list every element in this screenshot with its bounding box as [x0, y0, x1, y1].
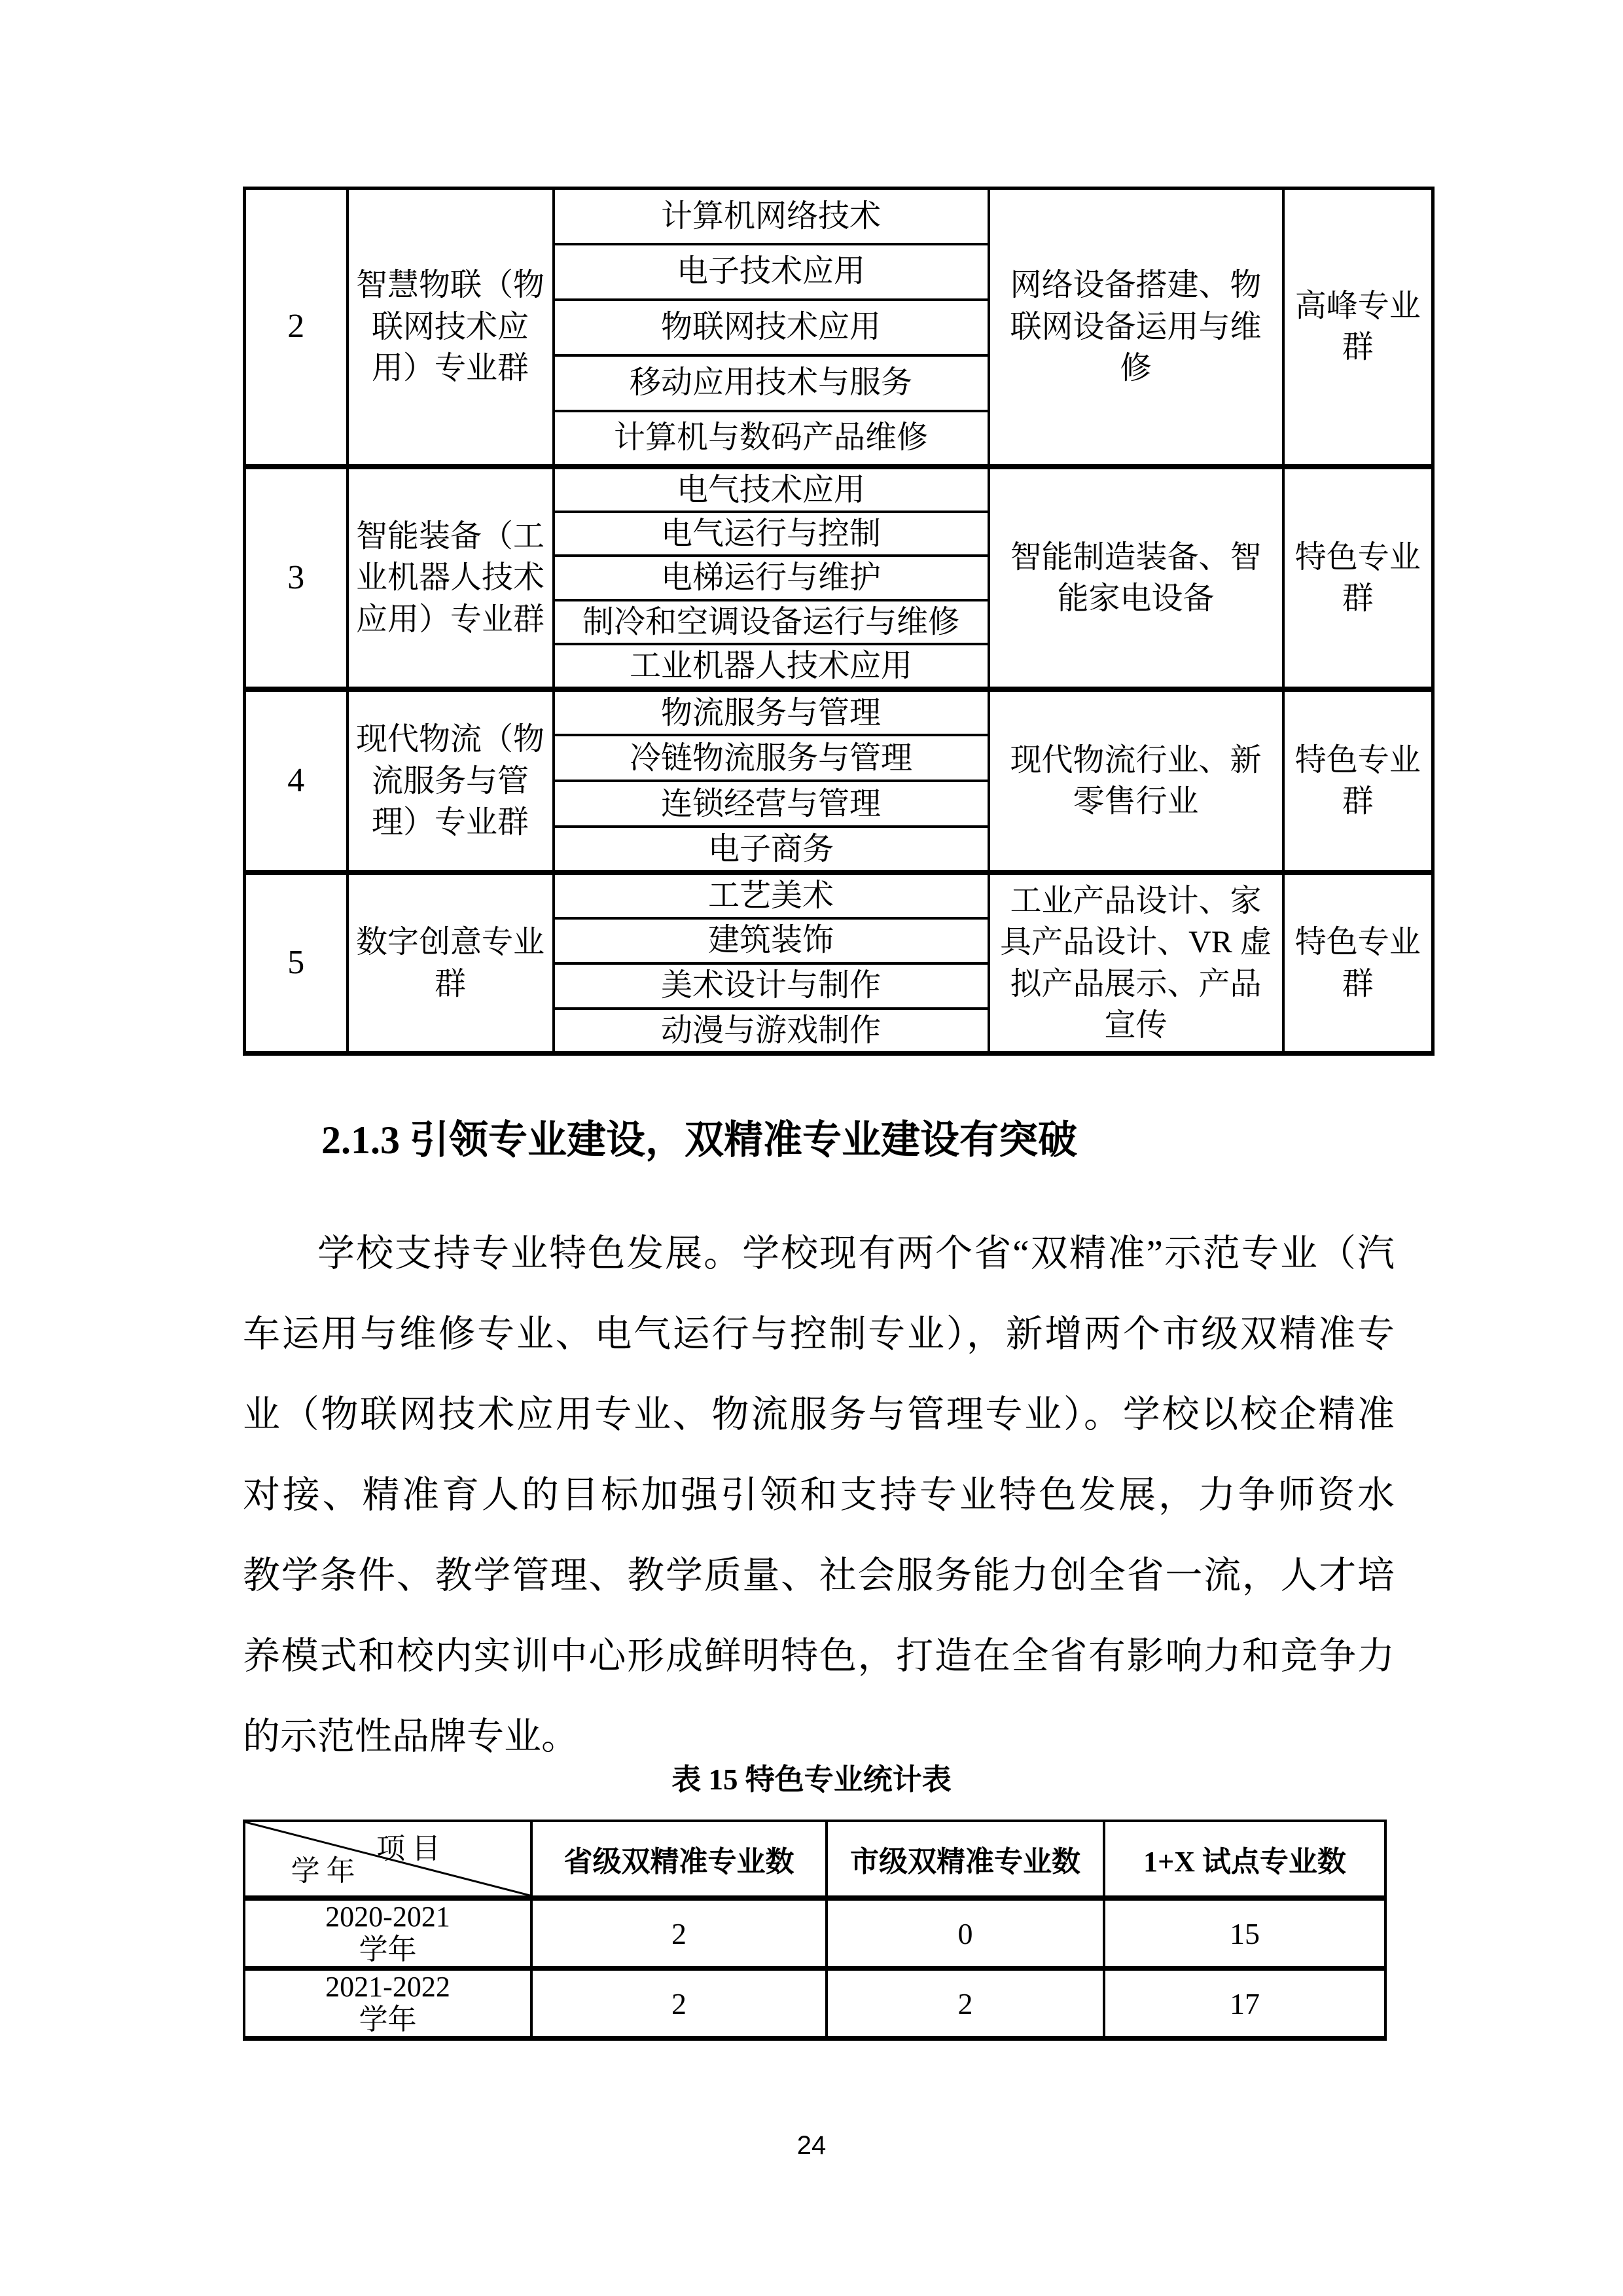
- major-cell: 动漫与游戏制作: [554, 1009, 989, 1054]
- major-cell: 工业机器人技术应用: [554, 644, 989, 689]
- industry-cell: 现代物流行业、新零售行业: [989, 689, 1283, 872]
- value-cell: 0: [827, 1898, 1104, 1969]
- table-row: 5 数字创意专业群 工艺美术 工业产品设计、家具产品设计、VR 虚拟产品展示、产…: [245, 872, 1433, 918]
- column-header: 1+X 试点专业数: [1104, 1821, 1385, 1898]
- major-cell: 电子商务: [554, 827, 989, 872]
- group-type-cell: 特色专业群: [1283, 689, 1433, 872]
- major-cell: 电气运行与控制: [554, 512, 989, 556]
- year-label: 学年: [245, 2003, 530, 2036]
- year-range: 2021-2022: [245, 1971, 530, 2003]
- major-cell: 美术设计与制作: [554, 963, 989, 1009]
- featured-majors-stats-table: 项目 学年 省级双精准专业数 市级双精准专业数 1+X 试点专业数 2020-2…: [243, 1820, 1387, 2041]
- value-cell: 2: [531, 1969, 827, 2039]
- professional-groups-table: 2 智慧物联（物联网技术应用）专业群 计算机网络技术 网络设备搭建、物联网设备运…: [243, 187, 1435, 1056]
- major-cell: 连锁经营与管理: [554, 781, 989, 827]
- group-number-cell: 4: [245, 689, 348, 872]
- major-cell: 电气技术应用: [554, 467, 989, 512]
- major-cell: 冷链物流服务与管理: [554, 735, 989, 781]
- group-number-cell: 3: [245, 467, 348, 690]
- column-header: 省级双精准专业数: [531, 1821, 827, 1898]
- group-type-cell: 特色专业群: [1283, 872, 1433, 1053]
- group-name-cell: 数字创意专业群: [348, 872, 554, 1053]
- group-name-cell: 智能装备（工业机器人技术应用）专业群: [348, 467, 554, 690]
- year-cell: 2020-2021 学年: [244, 1898, 531, 1969]
- group-type-cell: 特色专业群: [1283, 467, 1433, 690]
- body-paragraph: 学校支持专业特色发展。学校现有两个省“双精准”示范专业（汽 车运用与维修专业、电…: [243, 1213, 1395, 1777]
- section-heading: 2.1.3 引领专业建设，双精准专业建设有突破: [243, 1113, 1401, 1168]
- group-number-cell: 2: [245, 188, 348, 467]
- paragraph-line: 业（物联网技术应用专业、物流服务与管理专业）。学校以校企精准: [243, 1374, 1395, 1455]
- value-cell: 2: [531, 1898, 827, 1969]
- major-cell: 工艺美术: [554, 872, 989, 918]
- value-cell: 17: [1104, 1969, 1385, 2039]
- industry-cell: 网络设备搭建、物联网设备运用与维修: [989, 188, 1283, 467]
- major-cell: 制冷和空调设备运行与维修: [554, 600, 989, 644]
- corner-header-cell: 项目 学年: [244, 1821, 531, 1898]
- group-number-cell: 5: [245, 872, 348, 1053]
- group-name-cell: 智慧物联（物联网技术应用）专业群: [348, 188, 554, 467]
- value-cell: 2: [827, 1969, 1104, 2039]
- column-header: 市级双精准专业数: [827, 1821, 1104, 1898]
- table-header-row: 项目 学年 省级双精准专业数 市级双精准专业数 1+X 试点专业数: [244, 1821, 1385, 1898]
- table-row: 4 现代物流（物流服务与管理）专业群 物流服务与管理 现代物流行业、新零售行业 …: [245, 689, 1433, 735]
- paragraph-line: 车运用与维修专业、电气运行与控制专业），新增两个市级双精准专: [243, 1294, 1395, 1374]
- paragraph-line: 养模式和校内实训中心形成鲜明特色，打造在全省有影响力和竞争力: [243, 1616, 1395, 1696]
- major-cell: 移动应用技术与服务: [554, 355, 989, 411]
- major-cell: 计算机网络技术: [554, 188, 989, 244]
- major-cell: 物联网技术应用: [554, 300, 989, 355]
- group-name-cell: 现代物流（物流服务与管理）专业群: [348, 689, 554, 872]
- paragraph-line: 学校支持专业特色发展。学校现有两个省“双精准”示范专业（汽: [243, 1213, 1395, 1294]
- major-cell: 物流服务与管理: [554, 689, 989, 735]
- table-row: 2 智慧物联（物联网技术应用）专业群 计算机网络技术 网络设备搭建、物联网设备运…: [245, 188, 1433, 244]
- table-row: 3 智能装备（工业机器人技术应用）专业群 电气技术应用 智能制造装备、智能家电设…: [245, 467, 1433, 512]
- table-row: 2021-2022 学年 2 2 17: [244, 1969, 1385, 2039]
- group-type-cell: 高峰专业群: [1283, 188, 1433, 467]
- value-cell: 15: [1104, 1898, 1385, 1969]
- page-number: 24: [0, 2131, 1623, 2161]
- corner-label-item: 项目: [376, 1825, 447, 1867]
- major-cell: 建筑装饰: [554, 918, 989, 963]
- year-range: 2020-2021: [245, 1901, 530, 1933]
- industry-cell: 智能制造装备、智能家电设备: [989, 467, 1283, 690]
- year-cell: 2021-2022 学年: [244, 1969, 531, 2039]
- major-cell: 计算机与数码产品维修: [554, 411, 989, 467]
- major-cell: 电子技术应用: [554, 244, 989, 300]
- document-page: 2 智慧物联（物联网技术应用）专业群 计算机网络技术 网络设备搭建、物联网设备运…: [0, 0, 1623, 2296]
- table-caption: 表 15 特色专业统计表: [0, 1759, 1623, 1800]
- industry-cell: 工业产品设计、家具产品设计、VR 虚拟产品展示、产品宣传: [989, 872, 1283, 1053]
- year-label: 学年: [245, 1933, 530, 1966]
- paragraph-line: 教学条件、教学管理、教学质量、社会服务能力创全省一流，人才培: [243, 1535, 1395, 1616]
- major-cell: 电梯运行与维护: [554, 556, 989, 600]
- table-row: 2020-2021 学年 2 0 15: [244, 1898, 1385, 1969]
- paragraph-line: 对接、精准育人的目标加强引领和支持专业特色发展，力争师资水平、: [243, 1455, 1395, 1535]
- corner-label-year: 学年: [291, 1847, 362, 1889]
